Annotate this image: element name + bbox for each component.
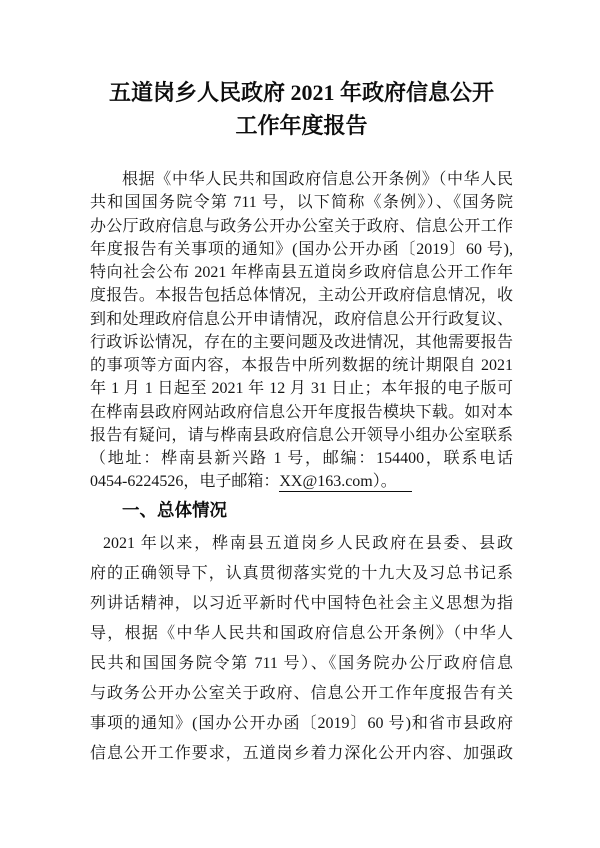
overview-paragraph: 2021 年以来，桦南县五道岗乡人民政府在县委、县政府的正确领导下，认真贯彻落实… [90, 529, 513, 769]
text-line: 府的正确领导下，认真贯彻落实党的十九大及习总书记系 [90, 559, 513, 589]
text-line: 2021 年以来，桦南县五道岗乡人民政府在县委、县政 [90, 529, 513, 559]
document-title: 五道岗乡人民政府 2021 年政府信息公开 工作年度报告 [90, 76, 513, 142]
document-title-line1: 五道岗乡人民政府 2021 年政府信息公开 [90, 76, 513, 109]
contact-email: XX@163.com）。 [279, 473, 411, 492]
text-line: （地址：桦南县新兴路 1 号，邮编：154400，联系电话 [90, 447, 513, 470]
text-line: 列讲话精神，以习近平新时代中国特色社会主义思想为指 [90, 589, 513, 619]
text-line: 特向社会公布 2021 年桦南县五道岗乡政府信息公开工作年 [90, 261, 513, 284]
text-line: 行政诉讼情况，存在的主要问题及改进情况，其他需要报告 [90, 331, 513, 354]
text-line: 与政务公开办公室关于政府、信息公开工作年度报告有关 [90, 679, 513, 709]
text-line: 导，根据《中华人民共和国政府信息公开条例》（中华人 [90, 619, 513, 649]
text-line: 报告有疑问，请与桦南县政府信息公开领导小组办公室联系 [90, 424, 513, 447]
text-line: 的事项等方面内容，本报告中所列数据的统计期限自 2021 [90, 354, 513, 377]
text-line: 度报告。本报告包括总体情况，主动公开政府信息情况，收 [90, 284, 513, 307]
text-line: 事项的通知》(国办公开办函〔2019〕60 号)和省市县政府 [90, 709, 513, 739]
text-line: 共和国国务院令第 711 号，以下简称《条例》）、《国务院 [90, 191, 513, 214]
text-line: 根据《中华人民共和国政府信息公开条例》（中华人民 [90, 168, 513, 191]
text-line: 年度报告有关事项的通知》(国办公开办函〔2019〕60 号), [90, 238, 513, 261]
text-line: 在桦南县政府网站政府信息公开年度报告模块下载。如对本 [90, 401, 513, 424]
document-page: 五道岗乡人民政府 2021 年政府信息公开 工作年度报告 根据《中华人民共和国政… [0, 0, 600, 848]
document-title-line2: 工作年度报告 [90, 109, 513, 142]
text-line: 办公厅政府信息与政务公开办公室关于政府、信息公开工作 [90, 215, 513, 238]
intro-paragraph: 根据《中华人民共和国政府信息公开条例》（中华人民共和国国务院令第 711 号，以… [90, 168, 513, 470]
section-heading-overview: 一、总体情况 [122, 499, 513, 521]
text-line: 信息公开工作要求，五道岗乡着力深化公开内容、加强政 [90, 739, 513, 769]
text-line: 民共和国国务院令第 711 号）、《国务院办公厅政府信息 [90, 649, 513, 679]
contact-line-prefix: 0454-6224526，电子邮箱： [90, 473, 279, 490]
contact-line: 0454-6224526，电子邮箱：XX@163.com）。 [90, 470, 513, 493]
text-line: 年 1 月 1 日起至 2021 年 12 月 31 日止；本年报的电子版可 [90, 377, 513, 400]
text-line: 到和处理政府信息公开申请情况，政府信息公开行政复议、 [90, 308, 513, 331]
